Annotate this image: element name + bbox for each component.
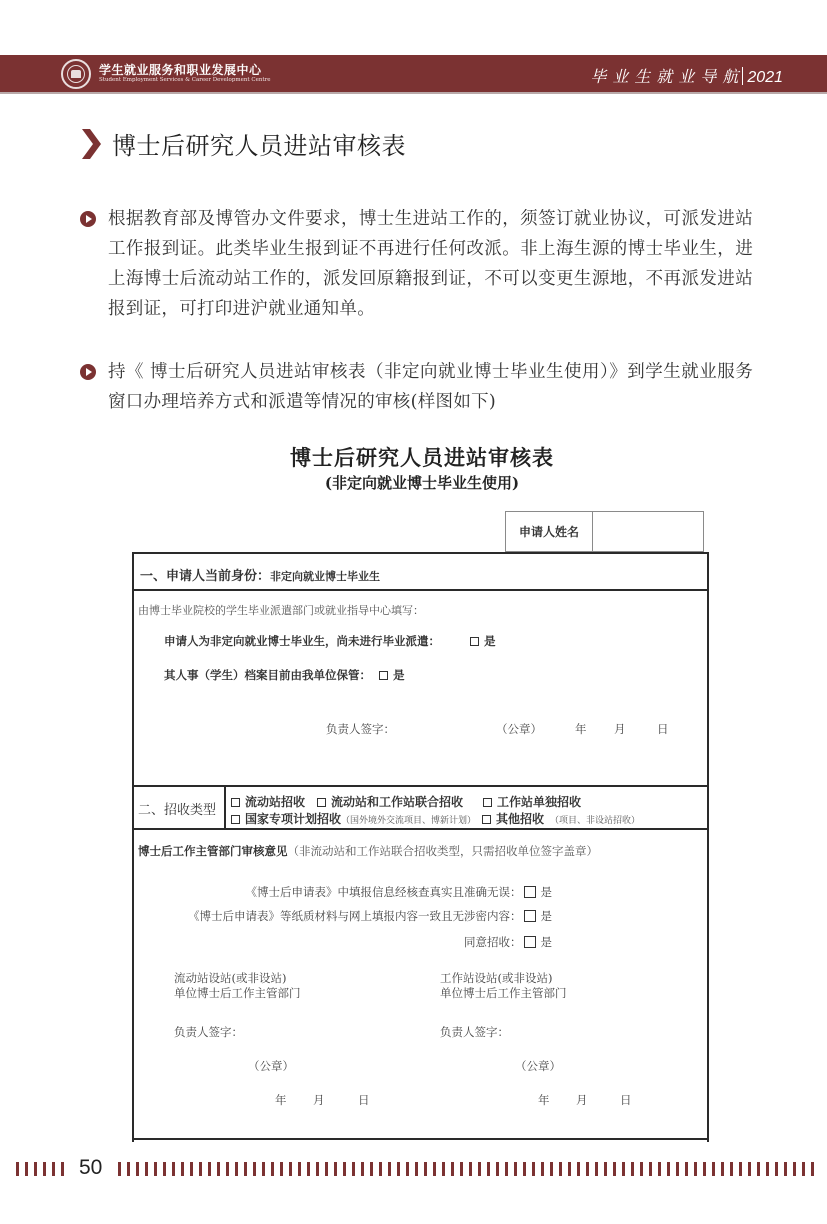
left-month-label: 月: [313, 1092, 325, 1108]
guide-title-text: 毕业生就业导航: [590, 67, 744, 86]
section1-signature-label: 负责人签字：: [326, 721, 395, 737]
left-year-label: 年: [275, 1092, 287, 1108]
option-label: 流动站招收: [245, 795, 305, 809]
checkbox-label: 是: [541, 909, 553, 923]
checkbox-info-verified[interactable]: [524, 886, 536, 898]
section1-heading: 一、申请人当前身份：非定向就业博士毕业生: [140, 565, 380, 584]
play-bullet-icon: [80, 211, 96, 227]
chevron-right-icon: [80, 127, 102, 161]
section3-heading-label: 博士后工作主管部门审核意见: [138, 844, 288, 858]
section1-item-2-label: 其人事（学生）档案目前由我单位保管：: [164, 668, 371, 682]
right-seal-label: （公章）: [515, 1058, 561, 1074]
option-label: 流动站和工作站联合招收: [331, 795, 463, 809]
title-divider: [742, 67, 743, 85]
checkbox-label: 是: [484, 634, 496, 648]
section3-heading: 博士后工作主管部门审核意见（非流动站和工作站联合招收类型，只需招收单位签字盖章）: [138, 843, 598, 859]
section1-heading-value: 非定向就业博士毕业生: [270, 570, 380, 583]
section1-instruction: 由博士毕业院校的学生毕业派遣部门或就业指导中心填写：: [138, 602, 424, 618]
option-label: 工作站单独招收: [497, 795, 581, 809]
checkbox-label: 是: [541, 935, 553, 949]
checkbox-joint-recruit[interactable]: [317, 798, 326, 807]
checkbox-agree-recruit[interactable]: [524, 936, 536, 948]
review-check-label: 《博士后申请表》等纸质材料与网上填报内容一致且无涉密内容：: [188, 909, 522, 923]
checkbox-other-recruit[interactable]: [482, 815, 491, 824]
row-divider: [132, 828, 709, 830]
checkbox-label: 是: [541, 885, 553, 899]
left-unit-line-2: 单位博士后工作主管部门: [174, 986, 301, 1001]
section1-year-label: 年: [575, 721, 587, 737]
applicant-name-field: [593, 512, 703, 551]
section1-day-label: 日: [657, 721, 669, 737]
review-check-label: 同意招收：: [464, 935, 522, 949]
row-divider: [132, 589, 709, 591]
paragraph-2: 持《 博士后研究人员进站审核表（非定向就业博士毕业生使用）》到学生就业服务窗口办…: [108, 357, 753, 417]
option-label: 其他招收: [496, 812, 544, 826]
left-signature-label: 负责人签字：: [174, 1024, 243, 1040]
right-month-label: 月: [576, 1092, 588, 1108]
right-unit-line-1: 工作站设站(或非设站): [440, 971, 567, 986]
org-name-en: Student Employment Services & Career Dev…: [99, 77, 270, 83]
left-unit-label: 流动站设站(或非设站) 单位博士后工作主管部门: [174, 971, 301, 1001]
section-title: 博士后研究人员进站审核表: [112, 126, 406, 161]
form-title: 博士后研究人员进站审核表: [130, 442, 714, 472]
row-divider: [132, 785, 709, 787]
form-subtitle: (非定向就业博士毕业生使用): [130, 472, 714, 493]
section1-item-2: 其人事（学生）档案目前由我单位保管：是: [164, 667, 405, 683]
row-divider: [132, 1138, 709, 1140]
checkbox-archive-kept[interactable]: [379, 671, 388, 680]
checkbox-workstation-only[interactable]: [483, 798, 492, 807]
review-check-2: 《博士后申请表》等纸质材料与网上填报内容一致且无涉密内容：是: [188, 908, 552, 924]
review-check-3: 同意招收：是: [464, 934, 552, 950]
footer-ruler-left: [16, 1162, 64, 1176]
option-note: （国外境外交流项目、博新计划）: [341, 816, 476, 826]
page-number: 50: [79, 1156, 102, 1180]
section1-item-1-label: 申请人为非定向就业博士毕业生，尚未进行毕业派遣：: [164, 634, 440, 648]
right-unit-line-2: 单位博士后工作主管部门: [440, 986, 567, 1001]
recruit-type-row-2: 国家专项计划招收（国外境外交流项目、博新计划）其他招收（项目、非设站招收）: [231, 810, 640, 827]
section1-month-label: 月: [614, 721, 626, 737]
recruit-type-row-1: 流动站招收流动站和工作站联合招收工作站单独招收: [231, 793, 581, 810]
review-check-1: 《博士后申请表》中填报信息经核查真实且准确无误：是: [246, 884, 553, 900]
guide-title: 毕业生就业导航2021: [590, 64, 783, 87]
section1-heading-label: 一、申请人当前身份：: [140, 569, 270, 584]
checkbox-materials-consistent[interactable]: [524, 910, 536, 922]
right-day-label: 日: [620, 1092, 632, 1108]
applicant-name-box: 申请人姓名: [505, 511, 704, 552]
university-seal-logo: [61, 59, 91, 89]
option-label: 国家专项计划招收: [245, 812, 341, 826]
checkbox-mobile-station[interactable]: [231, 798, 240, 807]
option-note: （项目、非设站招收）: [550, 816, 640, 826]
org-name-cn: 学生就业服务和职业发展中心: [99, 61, 262, 78]
section1-seal-label: （公章）: [496, 721, 542, 737]
right-year-label: 年: [538, 1092, 550, 1108]
guide-year: 2021: [747, 69, 783, 86]
right-signature-label: 负责人签字：: [440, 1024, 509, 1040]
column-divider: [224, 785, 226, 829]
checkbox-national-program[interactable]: [231, 815, 240, 824]
left-unit-line-1: 流动站设站(或非设站): [174, 971, 301, 986]
applicant-name-label: 申请人姓名: [506, 512, 593, 551]
checkbox-not-dispatched[interactable]: [470, 637, 479, 646]
play-bullet-icon: [80, 364, 96, 380]
section1-item-1: 申请人为非定向就业博士毕业生，尚未进行毕业派遣：是: [164, 633, 496, 649]
paragraph-1: 根据教育部及博管办文件要求，博士生进站工作的，须签订就业协议，可派发进站工作报到…: [108, 204, 753, 324]
footer-ruler-right: [118, 1162, 814, 1176]
review-check-label: 《博士后申请表》中填报信息经核查真实且准确无误：: [246, 885, 522, 899]
right-unit-label: 工作站设站(或非设站) 单位博士后工作主管部门: [440, 971, 567, 1001]
left-seal-label: （公章）: [248, 1058, 294, 1074]
left-day-label: 日: [358, 1092, 370, 1108]
checkbox-label: 是: [393, 668, 405, 682]
section3-heading-note: （非流动站和工作站联合招收类型，只需招收单位签字盖章）: [288, 844, 599, 858]
section2-heading: 二、招收类型: [138, 799, 216, 818]
